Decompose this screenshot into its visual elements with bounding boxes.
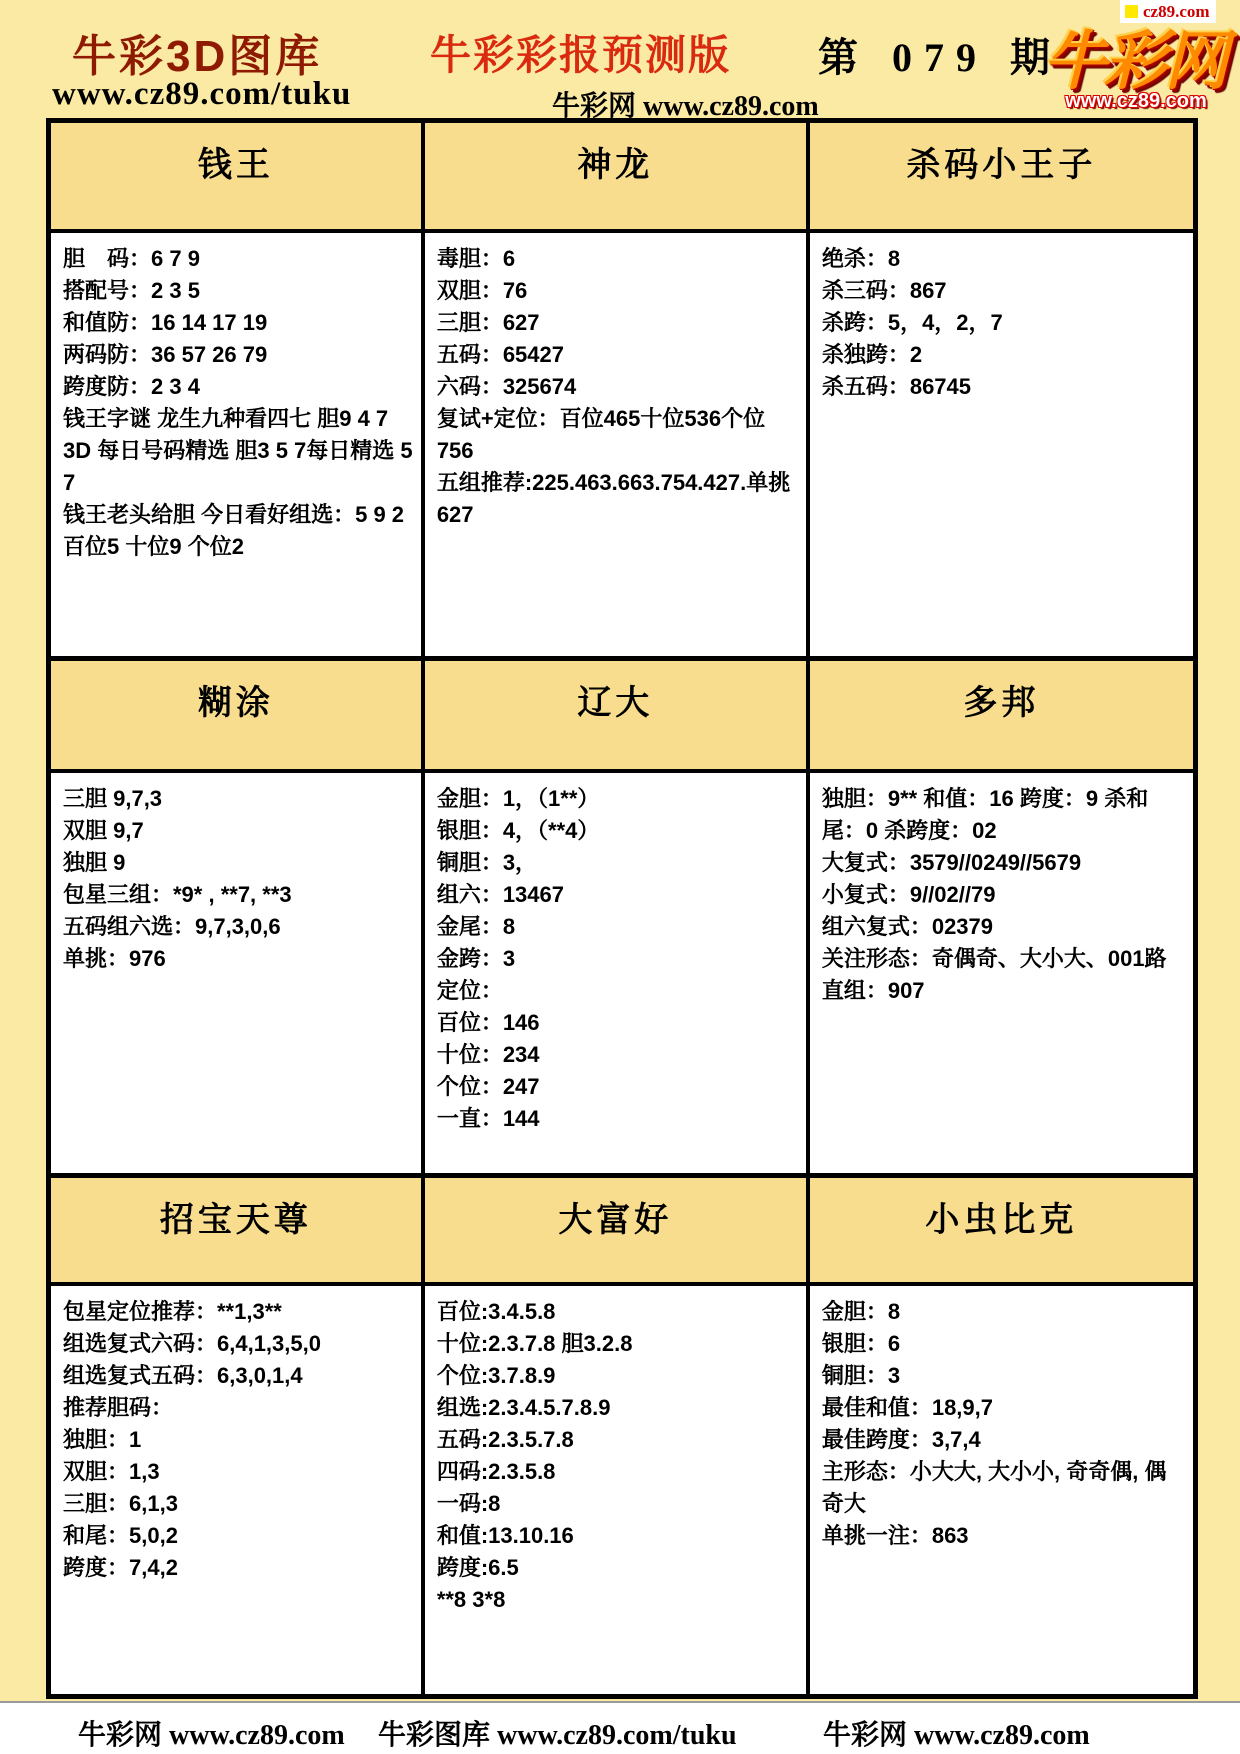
panel-line: 金胆：8 [822, 1296, 1185, 1328]
panel-line: 银胆：4，（**4） [437, 815, 798, 847]
panel-title-dafuhao: 大富好 [425, 1178, 810, 1286]
panel-line: 五组推荐:225.463.663.754.427.单挑627 [437, 467, 798, 531]
panel-line: 最佳跨度：3,7,4 [822, 1424, 1185, 1456]
panel-line: 杀独跨：2 [822, 339, 1185, 371]
panel-title-shamaxiaowangzi: 杀码小王子 [810, 123, 1193, 233]
panel-line: 绝杀：8 [822, 243, 1185, 275]
panel-line: 和尾：5,0,2 [63, 1520, 413, 1552]
panel-line: 包星定位推荐：**1,3** [63, 1296, 413, 1328]
panel-line: 三胆 9,7,3 [63, 783, 413, 815]
site-title: 牛彩3D图库 [72, 20, 322, 84]
niucai-logo: 牛彩网 [1028, 10, 1240, 102]
panel-line: 百位：146 [437, 1007, 798, 1039]
panel-title-liaoda: 辽大 [425, 661, 810, 773]
panel-line: 单挑：976 [63, 943, 413, 975]
panel-line: 个位：247 [437, 1071, 798, 1103]
panel-line: 六码：325674 [437, 371, 798, 403]
panel-line: 定位： [437, 975, 798, 1007]
panel-line: 五码：65427 [437, 339, 798, 371]
panel-line: 十位:2.3.7.8 胆3.2.8 [437, 1328, 798, 1360]
panel-line: 关注形态：奇偶奇、大小大、001路 [822, 943, 1185, 975]
panel-line: 金胆：1，（1**） [437, 783, 798, 815]
panel-line: 一直：144 [437, 1103, 798, 1135]
panel-title-hutu: 糊涂 [51, 661, 425, 773]
panel-title-zhaobaotianzun: 招宝天尊 [51, 1178, 425, 1286]
panel-title-xiaochongbike: 小虫比克 [810, 1178, 1193, 1286]
panel-line: 毒胆：6 [437, 243, 798, 275]
panel-line: 独胆：1 [63, 1424, 413, 1456]
panel-line: 双胆：1,3 [63, 1456, 413, 1488]
panel-line: 十位：234 [437, 1039, 798, 1071]
panel-line: 独胆 9 [63, 847, 413, 879]
site-url-left: www.cz89.com/tuku [52, 76, 351, 113]
panel-line: 推荐胆码： [63, 1392, 413, 1424]
panel-line: 三胆：627 [437, 307, 798, 339]
panel-title-qianwang: 钱王 [51, 123, 425, 233]
panel-line: 组六：13467 [437, 879, 798, 911]
sheet-title: 牛彩彩报预测版 [430, 22, 731, 81]
panel-body: 独胆：9** 和值：16 跨度：9 杀和尾：0 杀跨度：02大复式：3579//… [810, 773, 1193, 1178]
panel-line: 大复式：3579//0249//5679 [822, 847, 1185, 879]
panel-line: 组选复式六码：6,4,1,3,5,0 [63, 1328, 413, 1360]
panel-body: 百位:3.4.5.8十位:2.3.7.8 胆3.2.8个位:3.7.8.9组选:… [425, 1286, 810, 1694]
footer-url-center: 牛彩图库 www.cz89.com/tuku [378, 1713, 737, 1753]
panel-line: 独胆：9** 和值：16 跨度：9 杀和尾：0 杀跨度：02 [822, 783, 1185, 847]
footer-url-right: 牛彩网 www.cz89.com [823, 1713, 1090, 1753]
panel-line: 复试+定位：百位465十位536个位756 [437, 403, 798, 467]
panel-line: 包星三组：*9* , **7, **3 [63, 879, 413, 911]
panel-body: 胆 码：6 7 9搭配号：2 3 5和值防：16 14 17 19两码防：36 … [51, 233, 425, 661]
panel-line: 跨度防：2 3 4 [63, 371, 413, 403]
panel-body: 三胆 9,7,3双胆 9,7独胆 9包星三组：*9* , **7, **3五码组… [51, 773, 425, 1178]
page: 牛彩3D图库 www.cz89.com/tuku 牛彩彩报预测版 牛彩网 www… [0, 0, 1240, 1754]
panel-line: 金跨：3 [437, 943, 798, 975]
panel-body: 毒胆：6双胆：76三胆：627五码：65427六码：325674复试+定位：百位… [425, 233, 810, 661]
panel-line: 五码:2.3.5.7.8 [437, 1424, 798, 1456]
panel-line: 铜胆：3 [822, 1360, 1185, 1392]
panel-line: 钱王老头给胆 今日看好组选：5 9 2 [63, 499, 413, 531]
panel-line: 钱王字谜 龙生九种看四七 胆9 4 7 [63, 403, 413, 435]
footer-bar: 牛彩网 www.cz89.com 牛彩图库 www.cz89.com/tuku … [0, 1701, 1240, 1754]
panel-line: 双胆：76 [437, 275, 798, 307]
panel-line: 五码组六选：9,7,3,0,6 [63, 911, 413, 943]
panel-line: 组选复式五码：6,3,0,1,4 [63, 1360, 413, 1392]
panel-line: 小复式：9//02//79 [822, 879, 1185, 911]
panel-line: 跨度：7,4,2 [63, 1552, 413, 1584]
panel-title-shenlong: 神龙 [425, 123, 810, 233]
prediction-table: 钱王 神龙 杀码小王子 胆 码：6 7 9搭配号：2 3 5和值防：16 14 … [46, 118, 1198, 1699]
panel-body: 金胆：1，（1**）银胆：4，（**4）铜胆：3，组六：13467金尾：8金跨：… [425, 773, 810, 1178]
panel-line: 两码防：36 57 26 79 [63, 339, 413, 371]
panel-line: 直组：907 [822, 975, 1185, 1007]
panel-line: 杀跨：5，4，2，7 [822, 307, 1185, 339]
panel-line: 铜胆：3， [437, 847, 798, 879]
panel-line: 和值防：16 14 17 19 [63, 307, 413, 339]
panel-line: 组选:2.3.4.5.7.8.9 [437, 1392, 798, 1424]
panel-body: 绝杀：8杀三码：867杀跨：5，4，2，7杀独跨：2杀五码：86745 [810, 233, 1193, 661]
panel-line: 单挑一注：863 [822, 1520, 1185, 1552]
panel-line: 个位:3.7.8.9 [437, 1360, 798, 1392]
panel-line: 组六复式：02379 [822, 911, 1185, 943]
panel-line: **8 3*8 [437, 1584, 798, 1616]
panel-body: 金胆：8银胆：6铜胆：3最佳和值：18,9,7最佳跨度：3,7,4主形态：小大大… [810, 1286, 1193, 1694]
panel-line: 百位:3.4.5.8 [437, 1296, 798, 1328]
panel-line: 杀三码：867 [822, 275, 1185, 307]
panel-line: 杀五码：86745 [822, 371, 1185, 403]
panel-line: 最佳和值：18,9,7 [822, 1392, 1185, 1424]
issue-number: 第 079 期 [818, 26, 1062, 83]
panel-line: 百位5 十位9 个位2 [63, 531, 413, 563]
panel-line: 三胆：6,1,3 [63, 1488, 413, 1520]
footer-url-left: 牛彩网 www.cz89.com [78, 1713, 345, 1753]
panel-body: 包星定位推荐：**1,3**组选复式六码：6,4,1,3,5,0组选复式五码：6… [51, 1286, 425, 1694]
niucai-logo-url: www.cz89.com [1036, 90, 1236, 113]
panel-line: 搭配号：2 3 5 [63, 275, 413, 307]
panel-line: 跨度:6.5 [437, 1552, 798, 1584]
panel-line: 3D 每日号码精选 胆3 5 7每日精选 5 7 [63, 435, 413, 499]
panel-line: 胆 码：6 7 9 [63, 243, 413, 275]
panel-line: 一码:8 [437, 1488, 798, 1520]
panel-line: 双胆 9,7 [63, 815, 413, 847]
panel-line: 四码:2.3.5.8 [437, 1456, 798, 1488]
panel-line: 银胆：6 [822, 1328, 1185, 1360]
panel-title-duobang: 多邦 [810, 661, 1193, 773]
panel-line: 主形态：小大大, 大小小, 奇奇偶, 偶奇大 [822, 1456, 1185, 1520]
panel-line: 和值:13.10.16 [437, 1520, 798, 1552]
panel-line: 金尾：8 [437, 911, 798, 943]
